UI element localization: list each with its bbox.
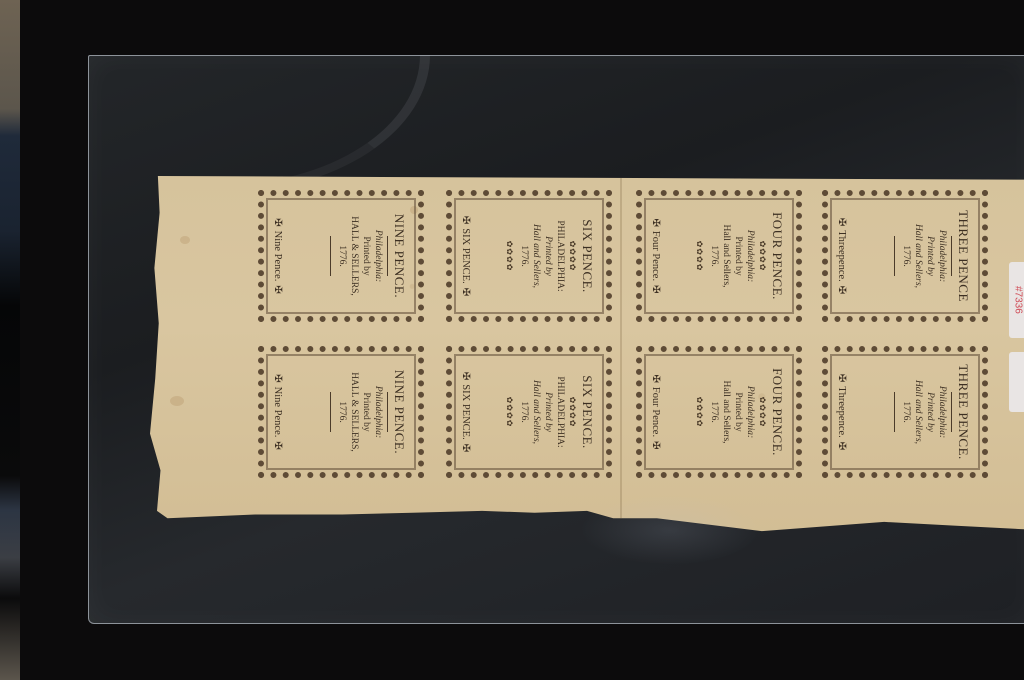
note-place: Philadelphia:	[935, 230, 947, 282]
stain	[180, 236, 190, 244]
note-border: NINE PENCE. Philadelphia: Printed by HAL…	[258, 346, 424, 478]
note-border: SIX PENCE. ✿✿✿✿ PHILADELPHIA: Printed by…	[446, 190, 612, 322]
currency-note: THREE PENCE. Philadelphia: Printed by Ha…	[822, 346, 988, 478]
note-footer: ✠ Threepence. ✠	[836, 218, 847, 294]
inventory-sticker: #7336	[1009, 262, 1024, 338]
note-place: Philadelphia:	[935, 386, 947, 438]
fleuron-icon: ✠	[460, 372, 471, 380]
note-printer: HALL & SELLERS,	[347, 216, 359, 296]
ornament: ✿✿✿✿	[568, 397, 577, 428]
note-footer: ✠ SIX PENCE. ✠	[460, 216, 471, 296]
fleuron-icon: ✠	[650, 285, 661, 293]
note-printer: Hall and Sellers,	[719, 224, 731, 287]
note-printed-by: Printed by	[541, 236, 553, 276]
fleuron-icon: ✠	[650, 375, 661, 383]
currency-note: NINE PENCE. Philadelphia: Printed by HAL…	[258, 190, 424, 322]
ornament: ✿✿✿✿	[568, 241, 577, 272]
note-border: FOUR PENCE. ✿✿✿✿ Philadelphia: Printed b…	[636, 190, 802, 322]
divider	[894, 236, 895, 276]
note-year: 1776.	[899, 245, 911, 266]
fleuron-icon: ✠	[272, 218, 283, 226]
note-printer: HALL & SELLERS,	[347, 372, 359, 452]
ornament: ✿✿✿✿	[758, 397, 767, 428]
note-border: THREE PENCE Philadelphia: Printed by Hal…	[822, 190, 988, 322]
currency-note: NINE PENCE. Philadelphia: Printed by HAL…	[258, 346, 424, 478]
note-footer: ✠ Threepence. ✠	[836, 374, 847, 450]
note-footer-text: Four Pence.	[650, 387, 661, 437]
note-denomination: SIX PENCE.	[580, 375, 594, 449]
fleuron-icon: ✠	[272, 374, 283, 382]
note-year: 1776.	[335, 401, 347, 422]
fleuron-icon: ✠	[836, 218, 847, 226]
note-printer: Hall and Sellers,	[911, 224, 923, 288]
note-footer: ✠ Nine Pence. ✠	[272, 374, 283, 450]
currency-note: FOUR PENCE. ✿✿✿✿ Philadelphia: Printed b…	[636, 190, 802, 322]
note-place: PHILADELPHIA:	[553, 220, 565, 291]
note-year: 1776.	[517, 401, 529, 422]
note-place: Philadelphia:	[743, 230, 755, 282]
note-footer: ✠ SIX PENCE. ✠	[460, 372, 471, 452]
ornament: ✿✿✿✿	[695, 241, 704, 272]
stain	[170, 396, 184, 406]
inventory-sticker	[1009, 352, 1024, 412]
fleuron-icon: ✠	[272, 285, 283, 293]
note-footer: ✠ Four Pence. ✠	[650, 375, 661, 450]
note-denomination: NINE PENCE.	[392, 370, 406, 454]
sheet-fold	[620, 176, 622, 544]
currency-note: SIX PENCE. ✿✿✿✿ PHILADELPHIA: Printed by…	[446, 346, 612, 478]
note-place: PHILADELPHIA:	[553, 376, 565, 447]
note-footer-text: SIX PENCE.	[460, 228, 471, 283]
note-footer-text: Nine Pence.	[272, 231, 283, 282]
ornament: ✿✿✿✿	[505, 397, 514, 428]
fleuron-icon: ✠	[650, 441, 661, 449]
sticker-label: #7336	[1013, 286, 1024, 314]
fleuron-icon: ✠	[650, 219, 661, 227]
note-printed-by: Printed by	[923, 392, 935, 432]
ornament: ✿✿✿✿	[695, 397, 704, 428]
ornament: ✿✿✿✿	[505, 241, 514, 272]
note-footer-text: Threepence.	[836, 230, 847, 282]
fleuron-icon: ✠	[460, 216, 471, 224]
note-place: Philadelphia:	[371, 386, 383, 438]
note-printed-by: Printed by	[359, 236, 371, 275]
fleuron-icon: ✠	[460, 444, 471, 452]
currency-note: SIX PENCE. ✿✿✿✿ PHILADELPHIA: Printed by…	[446, 190, 612, 322]
divider	[330, 392, 331, 432]
note-denomination: NINE PENCE.	[392, 214, 406, 298]
note-footer-text: Threepence.	[836, 386, 847, 438]
note-denomination: THREE PENCE	[956, 210, 970, 302]
note-printed-by: Printed by	[731, 236, 743, 275]
note-border: THREE PENCE. Philadelphia: Printed by Ha…	[822, 346, 988, 478]
note-footer: ✠ Nine Pence. ✠	[272, 218, 283, 294]
note-printer: Hall and Sellers,	[911, 380, 923, 444]
note-border: FOUR PENCE. ✿✿✿✿ Philadelphia: Printed b…	[636, 346, 802, 478]
note-denomination: FOUR PENCE.	[770, 368, 784, 456]
fleuron-icon: ✠	[836, 286, 847, 294]
note-denomination: THREE PENCE.	[956, 364, 970, 460]
note-footer-text: Nine Pence.	[272, 387, 283, 438]
fleuron-icon: ✠	[460, 288, 471, 296]
note-border: SIX PENCE. ✿✿✿✿ PHILADELPHIA: Printed by…	[446, 346, 612, 478]
ornament: ✿✿✿✿	[758, 241, 767, 272]
note-footer: ✠ Four Pence. ✠	[650, 219, 661, 294]
note-printer: Hall and Sellers,	[719, 380, 731, 443]
background-surface	[0, 0, 20, 680]
fleuron-icon: ✠	[272, 441, 283, 449]
currency-note: FOUR PENCE. ✿✿✿✿ Philadelphia: Printed b…	[636, 346, 802, 478]
note-printed-by: Printed by	[359, 392, 371, 431]
note-year: 1776.	[899, 401, 911, 422]
divider	[387, 392, 388, 432]
note-printed-by: Printed by	[541, 392, 553, 432]
note-printed-by: Printed by	[923, 236, 935, 276]
note-denomination: SIX PENCE.	[580, 219, 594, 293]
note-place: Philadelphia:	[371, 230, 383, 282]
note-printer: Hall and Sellers,	[529, 224, 541, 288]
note-year: 1776.	[517, 245, 529, 266]
divider	[387, 236, 388, 276]
divider	[951, 236, 952, 276]
sleeve-glare	[580, 495, 760, 565]
note-footer-text: SIX PENCE.	[460, 384, 471, 439]
note-denomination: FOUR PENCE.	[770, 212, 784, 300]
fleuron-icon: ✠	[836, 442, 847, 450]
currency-note: THREE PENCE Philadelphia: Printed by Hal…	[822, 190, 988, 322]
note-border: NINE PENCE. Philadelphia: Printed by HAL…	[258, 190, 424, 322]
note-printed-by: Printed by	[731, 392, 743, 431]
note-year: 1776.	[707, 401, 719, 422]
note-footer-text: Four Pence.	[650, 231, 661, 281]
divider	[894, 392, 895, 432]
divider	[951, 392, 952, 432]
fleuron-icon: ✠	[836, 374, 847, 382]
note-year: 1776.	[707, 245, 719, 266]
divider	[330, 236, 331, 276]
note-year: 1776.	[335, 245, 347, 266]
note-printer: Hall and Sellers,	[529, 380, 541, 444]
note-place: Philadelphia:	[743, 386, 755, 438]
